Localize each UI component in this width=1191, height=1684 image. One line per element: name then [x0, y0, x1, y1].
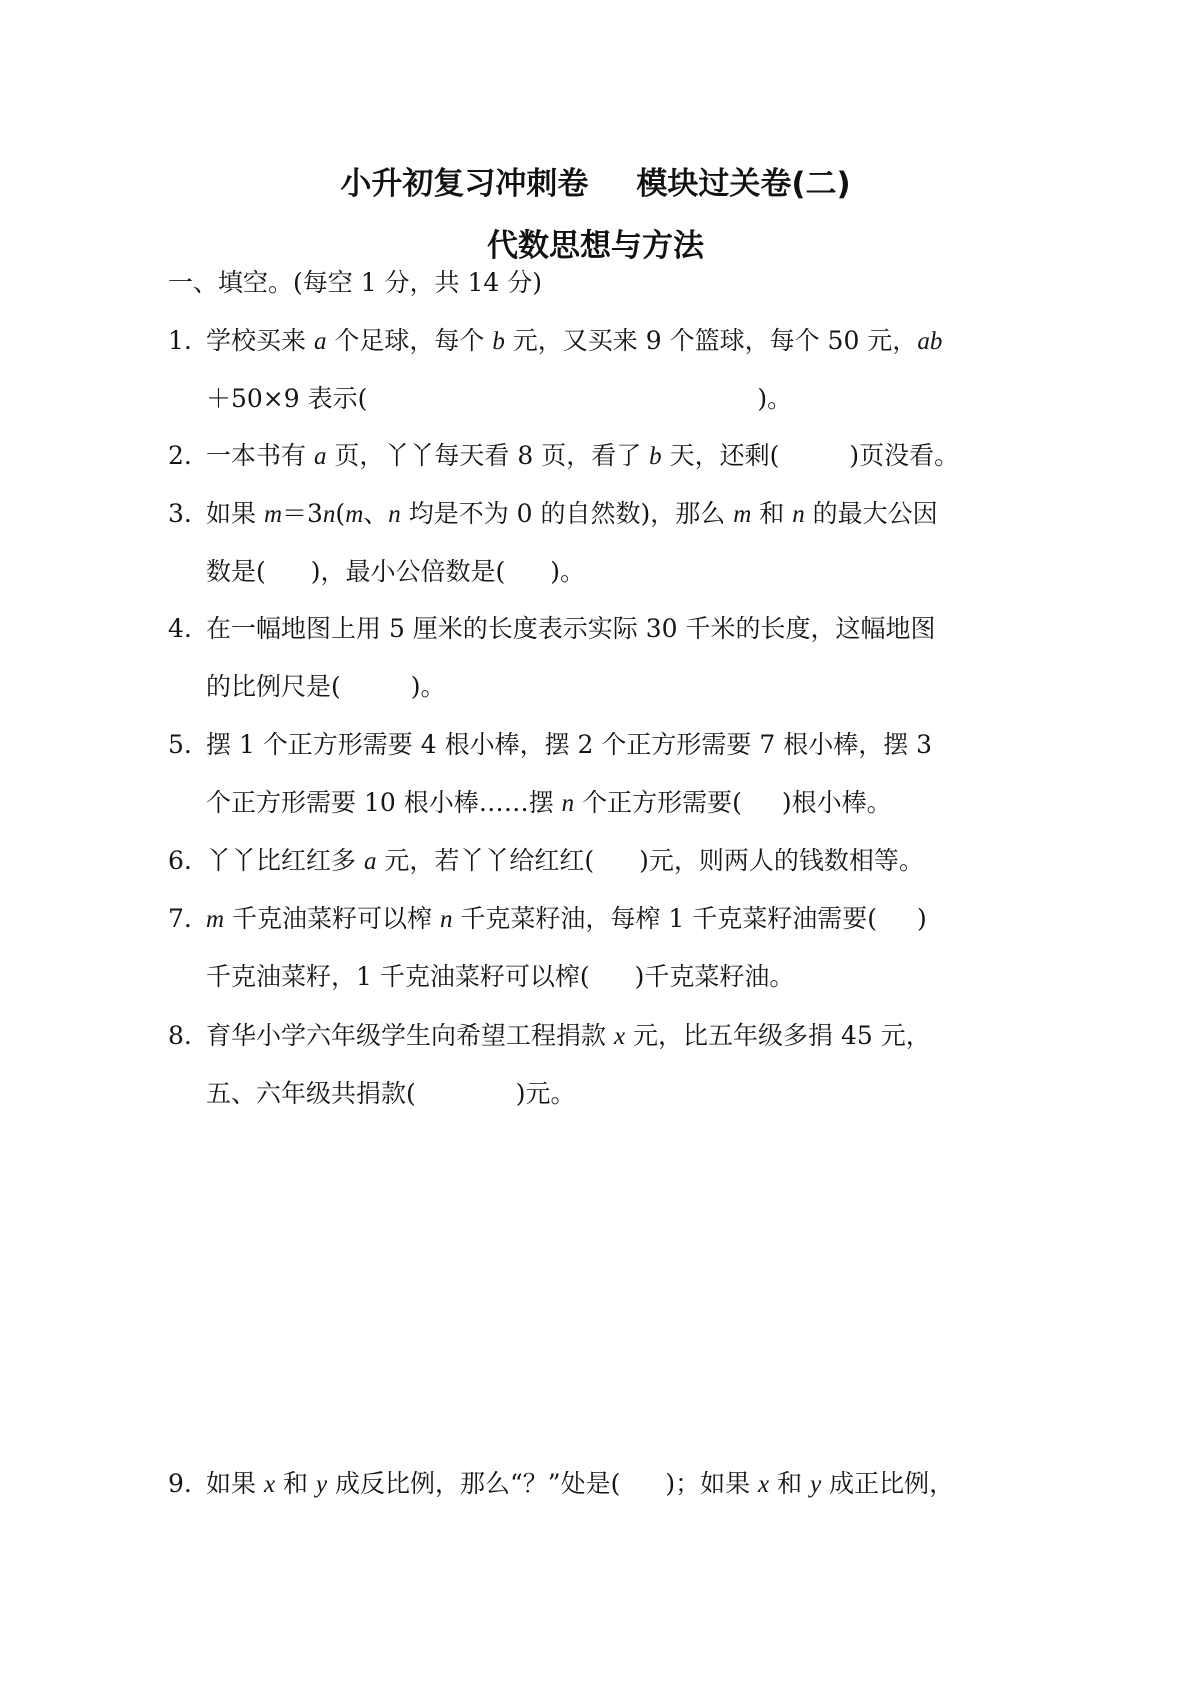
question-text: )元。	[516, 1079, 576, 1108]
question-text: 如果	[206, 1469, 264, 1498]
question-7-line-1: 7.m 千克油菜籽可以榨 n 千克菜籽油，每榨 1 千克菜籽油需要( )	[168, 904, 927, 935]
question-text: 千克油菜籽可以榨	[224, 904, 440, 933]
question-number: 9.	[168, 1469, 206, 1499]
question-text: 的比例尺是(	[206, 672, 341, 701]
math-variable: n	[792, 501, 805, 528]
question-number: 8.	[168, 1021, 206, 1051]
answer-blank[interactable]	[367, 384, 757, 414]
question-text: )；如果	[665, 1469, 758, 1498]
math-variable: x	[264, 1471, 275, 1498]
question-text: 天，还剩(	[662, 441, 780, 470]
question-7-line-2: 千克油菜籽，1 千克油菜籽可以榨( )千克菜籽油。	[168, 962, 794, 992]
math-variable: m	[206, 906, 224, 933]
question-text: 个正方形需要 10 根小棒……摆	[206, 788, 562, 817]
answer-blank[interactable]	[341, 672, 411, 702]
math-variable: b	[649, 443, 662, 470]
question-number: 6.	[168, 846, 206, 876]
math-variable: m	[264, 501, 282, 528]
question-2-line-1: 2.一本书有 a 页，丫丫每天看 8 页，看了 b 天，还剩( )页没看。	[168, 441, 959, 472]
exam-subtitle: 代数思想与方法	[0, 220, 1191, 265]
question-text: 的最大公因	[805, 499, 938, 528]
question-5-line-1: 5.摆 1 个正方形需要 4 根小棒，摆 2 个正方形需要 7 根小棒，摆 3	[168, 730, 932, 760]
question-text: )。	[550, 557, 585, 586]
question-8-line-2: 五、六年级共捐款( )元。	[168, 1079, 576, 1109]
question-text: (	[335, 499, 345, 528]
question-9-line-1: 9.如果 x 和 y 成反比例，那么“？”处是( )；如果 x 和 y 成正比例…	[168, 1469, 954, 1500]
question-text: 和	[751, 499, 792, 528]
question-text: 元，若丫丫给红红(	[376, 846, 594, 875]
question-text: )。	[411, 672, 446, 701]
math-variable: y	[316, 1471, 327, 1498]
question-text: 千克菜籽油，每榨 1 千克菜籽油需要(	[452, 904, 877, 933]
math-variable: a	[314, 328, 327, 355]
question-text: )元，则两人的钱数相等。	[639, 846, 924, 875]
question-text: 页，丫丫每天看 8 页，看了	[326, 441, 649, 470]
question-text: 五、六年级共捐款(	[206, 1079, 416, 1108]
question-text: 在一幅地图上用 5 厘米的长度表示实际 30 千米的长度，这幅地图	[206, 614, 936, 643]
question-text: 成正比例，	[821, 1469, 954, 1498]
question-number: 2.	[168, 441, 206, 471]
answer-blank[interactable]	[505, 557, 550, 587]
question-text: 元，又买来 9 个篮球，每个 50 元，	[505, 326, 917, 355]
math-variable: y	[810, 1471, 821, 1498]
question-text: 个正方形需要(	[574, 788, 742, 817]
math-variable: m	[733, 501, 751, 528]
math-variable: n	[388, 501, 401, 528]
question-8-line-1: 8.育华小学六年级学生向希望工程捐款 x 元，比五年级多捐 45 元，	[168, 1021, 931, 1052]
question-3-line-1: 3.如果 m＝3n(m、n 均是不为 0 的自然数)，那么 m 和 n 的最大公…	[168, 499, 938, 530]
question-text: 如果	[206, 499, 264, 528]
answer-blank[interactable]	[877, 904, 917, 934]
question-4-line-2: 的比例尺是( )。	[168, 672, 446, 702]
question-number: 3.	[168, 499, 206, 529]
question-text: )，最小公倍数是(	[311, 557, 506, 586]
question-text: )页没看。	[849, 441, 959, 470]
math-variable: m	[345, 501, 363, 528]
math-variable: a	[314, 443, 327, 470]
question-text: )千克菜籽油。	[635, 962, 795, 991]
question-1-line-1: 1.学校买来 a 个足球，每个 b 元，又买来 9 个篮球，每个 50 元，ab	[168, 326, 942, 357]
exam-title-series: 小升初复习冲刺卷	[340, 166, 588, 202]
section-heading: 一、填空。(每空 1 分，共 14 分)	[168, 268, 542, 298]
question-text: 千克油菜籽，1 千克油菜籽可以榨(	[206, 962, 590, 991]
question-number: 7.	[168, 904, 206, 934]
math-variable: n	[562, 790, 575, 817]
math-variable: x	[614, 1023, 625, 1050]
question-text: 和	[275, 1469, 316, 1498]
question-3-line-2: 数是( )，最小公倍数是( )。	[168, 557, 585, 587]
question-5-line-2: 个正方形需要 10 根小棒……摆 n 个正方形需要( )根小棒。	[168, 788, 892, 819]
question-text: ＋50×9 表示(	[206, 384, 367, 413]
exam-title: 小升初复习冲刺卷模块过关卷(二)	[0, 158, 1191, 203]
question-text: 个足球，每个	[326, 326, 492, 355]
exam-title-module: 模块过关卷(二)	[636, 166, 850, 202]
question-text: 均是不为 0 的自然数)，那么	[401, 499, 733, 528]
question-text: 丫丫比红红多	[206, 846, 364, 875]
math-variable: n	[323, 501, 336, 528]
question-text: 数是(	[206, 557, 266, 586]
question-text: 一本书有	[206, 441, 314, 470]
answer-blank[interactable]	[266, 557, 311, 587]
question-text: 摆 1 个正方形需要 4 根小棒，摆 2 个正方形需要 7 根小棒，摆 3	[206, 730, 932, 759]
question-number: 5.	[168, 730, 206, 760]
question-number: 1.	[168, 326, 206, 356]
question-text: )根小棒。	[782, 788, 892, 817]
answer-blank[interactable]	[742, 788, 782, 818]
question-text: 和	[769, 1469, 810, 1498]
question-text: 育华小学六年级学生向希望工程捐款	[206, 1021, 614, 1050]
question-text: 学校买来	[206, 326, 314, 355]
question-6-line-1: 6.丫丫比红红多 a 元，若丫丫给红红( )元，则两人的钱数相等。	[168, 846, 924, 877]
question-text: 元，比五年级多捐 45 元，	[625, 1021, 931, 1050]
answer-blank[interactable]	[416, 1079, 516, 1109]
question-text: 成反比例，那么“？”处是(	[327, 1469, 620, 1498]
question-4-line-1: 4.在一幅地图上用 5 厘米的长度表示实际 30 千米的长度，这幅地图	[168, 614, 936, 644]
question-number: 4.	[168, 614, 206, 644]
question-text: )	[917, 904, 927, 933]
answer-blank[interactable]	[590, 962, 635, 992]
math-variable: b	[492, 328, 505, 355]
question-1-line-2: ＋50×9 表示( )。	[168, 384, 792, 414]
math-variable: a	[364, 848, 377, 875]
math-variable: x	[758, 1471, 769, 1498]
question-text: )。	[757, 384, 792, 413]
math-variable: n	[440, 906, 453, 933]
question-text: ＝3	[282, 499, 323, 528]
answer-blank[interactable]	[620, 1469, 665, 1499]
question-text: 、	[363, 499, 388, 528]
answer-blank[interactable]	[594, 846, 639, 876]
answer-blank[interactable]	[779, 441, 849, 471]
math-variable: ab	[917, 328, 942, 355]
